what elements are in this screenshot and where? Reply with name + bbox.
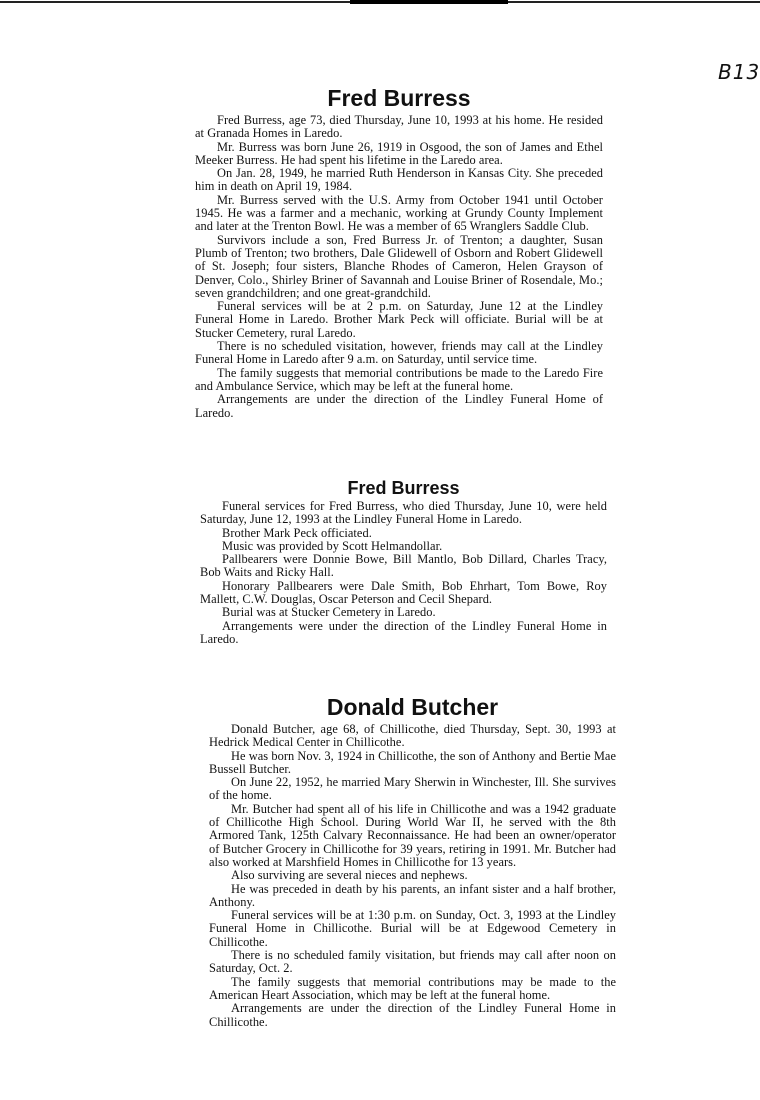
obituary-body: Donald Butcher, age 68, of Chillicothe, … [209,723,616,1029]
obituary-paragraph: Survivors include a son, Fred Burress Jr… [195,234,603,300]
obituary-paragraph: Arrangements are under the direction of … [209,1002,616,1029]
obituary-paragraph: There is no scheduled family visitation,… [209,949,616,976]
obituary-paragraph: Music was provided by Scott Helmandollar… [200,540,607,553]
obituary-body: Funeral services for Fred Burress, who d… [200,500,607,646]
obituary-paragraph: Honorary Pallbearers were Dale Smith, Bo… [200,580,607,607]
obituary-body: Fred Burress, age 73, died Thursday, Jun… [195,114,603,420]
obituary-title: Donald Butcher [209,696,616,719]
obituary-paragraph: Brother Mark Peck officiated. [200,527,607,540]
obituary-paragraph: There is no scheduled visitation, howeve… [195,340,603,367]
obituary-paragraph: Mr. Burress served with the U.S. Army fr… [195,194,603,234]
obituary-paragraph: Funeral services for Fred Burress, who d… [200,500,607,527]
obituary-paragraph: On Jan. 28, 1949, he married Ruth Hender… [195,167,603,194]
obituary-fred-burress: Fred Burress Fred Burress, age 73, died … [195,87,603,420]
obituary-paragraph: The family suggests that memorial contri… [209,976,616,1003]
obituary-paragraph: Mr. Burress was born June 26, 1919 in Os… [195,141,603,168]
obituary-paragraph: Fred Burress, age 73, died Thursday, Jun… [195,114,603,141]
obituary-paragraph: The family suggests that memorial contri… [195,367,603,394]
obituary-fred-burress-services: Fred Burress Funeral services for Fred B… [200,479,607,646]
obituary-paragraph: He was born Nov. 3, 1924 in Chillicothe,… [209,750,616,777]
obituary-paragraph: Burial was at Stucker Cemetery in Laredo… [200,606,607,619]
scan-top-band [350,0,508,4]
obituary-paragraph: Arrangements are under the direction of … [195,393,603,420]
obituary-paragraph: On June 22, 1952, he married Mary Sherwi… [209,776,616,803]
obituary-paragraph: Donald Butcher, age 68, of Chillicothe, … [209,723,616,750]
obituary-donald-butcher: Donald Butcher Donald Butcher, age 68, o… [209,696,616,1029]
obituary-paragraph: Funeral services will be at 1:30 p.m. on… [209,909,616,949]
obituary-title: Fred Burress [200,479,607,497]
obituary-paragraph: Also surviving are several nieces and ne… [209,869,616,882]
obituary-title: Fred Burress [195,87,603,110]
handwritten-page-code: B138 [718,60,760,84]
obituary-paragraph: Arrangements were under the direction of… [200,620,607,647]
obituary-paragraph: Funeral services will be at 2 p.m. on Sa… [195,300,603,340]
obituary-paragraph: He was preceded in death by his parents,… [209,883,616,910]
obituary-paragraph: Pallbearers were Donnie Bowe, Bill Mantl… [200,553,607,580]
obituary-paragraph: Mr. Butcher had spent all of his life in… [209,803,616,869]
